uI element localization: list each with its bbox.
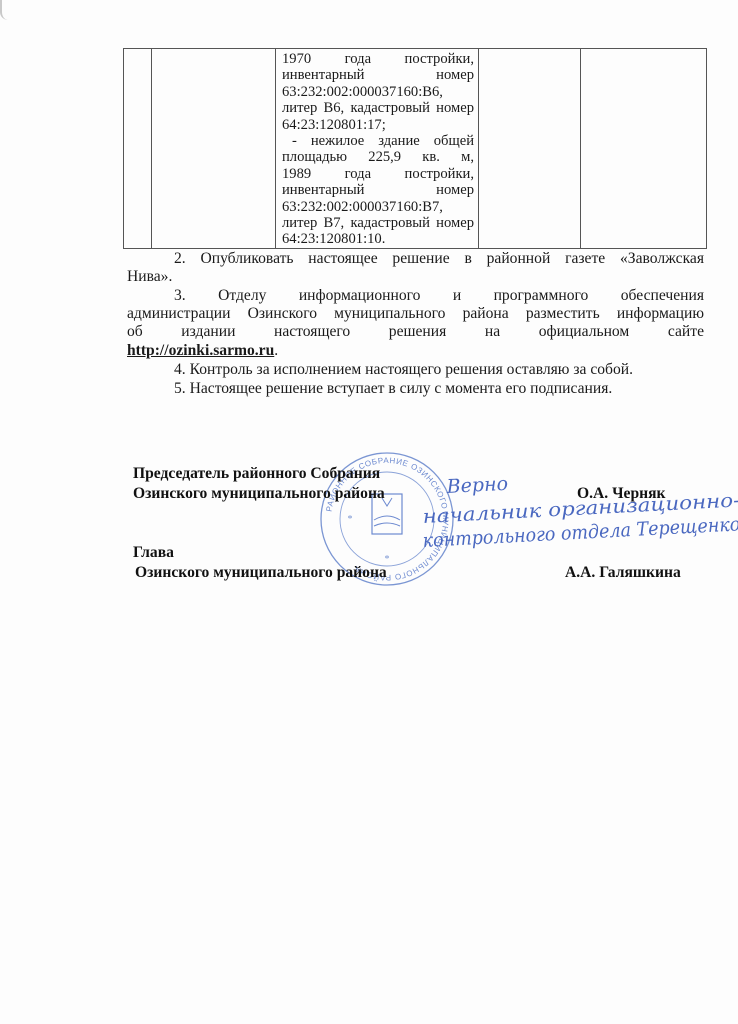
head-title-line-2: Озинского муниципального района xyxy=(135,564,387,582)
paragraph-3-line-2: администрации Озинского муниципального р… xyxy=(127,305,704,323)
description-line: 1970 года постройки, xyxy=(282,51,474,67)
table-cell-name xyxy=(152,49,276,249)
official-site-link[interactable]: http://ozinki.sarmo.ru xyxy=(127,342,274,359)
property-description: 1970 года постройки,инвентарный номер63:… xyxy=(276,49,478,248)
description-line: 64:23:120801:17; xyxy=(282,117,474,133)
description-line: 63:232:002:000037160:В7, xyxy=(282,199,474,215)
description-line: площадью 225,9 кв. м, xyxy=(282,149,474,165)
chairman-title-line-2: Озинского муниципального района xyxy=(133,485,385,503)
table-cell-description: 1970 года постройки,инвентарный номер63:… xyxy=(276,49,479,249)
paragraph-4: 4. Контроль за исполнением настоящего ре… xyxy=(127,361,704,379)
table-cell-number xyxy=(124,49,152,249)
paragraph-3-line-1: 3. Отделу информационного и программного… xyxy=(127,287,704,305)
description-line: литер В6, кадастровый номер xyxy=(282,100,474,116)
paragraph-3-line-3: об издании настоящего решения на официал… xyxy=(127,323,704,341)
paragraph-2-line-1: 2. Опубликовать настоящее решение в райо… xyxy=(127,250,704,268)
description-line: - нежилое здание общей xyxy=(282,133,474,149)
paragraph-5-text: 5. Настоящее решение вступает в силу с м… xyxy=(174,380,612,397)
link-suffix: . xyxy=(274,342,278,359)
paragraph-5: 5. Настоящее решение вступает в силу с м… xyxy=(127,380,704,398)
paragraph-2: 2. Опубликовать настоящее решение в райо… xyxy=(127,250,704,286)
table-row: 1970 года постройки,инвентарный номер63:… xyxy=(124,49,707,249)
description-line: инвентарный номер xyxy=(282,67,474,83)
handwritten-note: Верно начальник организационно- контроль… xyxy=(395,465,738,575)
chairman-title-line-1: Председатель районного Собрания xyxy=(133,465,380,483)
table-cell-col4 xyxy=(479,49,581,249)
property-table: 1970 года постройки,инвентарный номер63:… xyxy=(123,48,707,249)
description-line: 63:232:002:000037160:В6, xyxy=(282,84,474,100)
description-line: инвентарный номер xyxy=(282,182,474,198)
page-curl-decoration xyxy=(0,0,10,20)
description-line: 64:23:120801:10. xyxy=(282,231,474,247)
table-cell-col5 xyxy=(581,49,707,249)
paragraph-3: 3. Отделу информационного и программного… xyxy=(127,287,704,360)
paragraph-2-line-2: Нива». xyxy=(127,268,704,286)
svg-text:*: * xyxy=(348,514,353,525)
head-title-line-1: Глава xyxy=(133,544,174,562)
description-line: литер В7, кадастровый номер xyxy=(282,215,474,231)
description-line: 1989 года постройки, xyxy=(282,166,474,182)
paragraph-4-text: 4. Контроль за исполнением настоящего ре… xyxy=(174,361,633,378)
handwritten-line-1: Верно xyxy=(445,473,508,498)
